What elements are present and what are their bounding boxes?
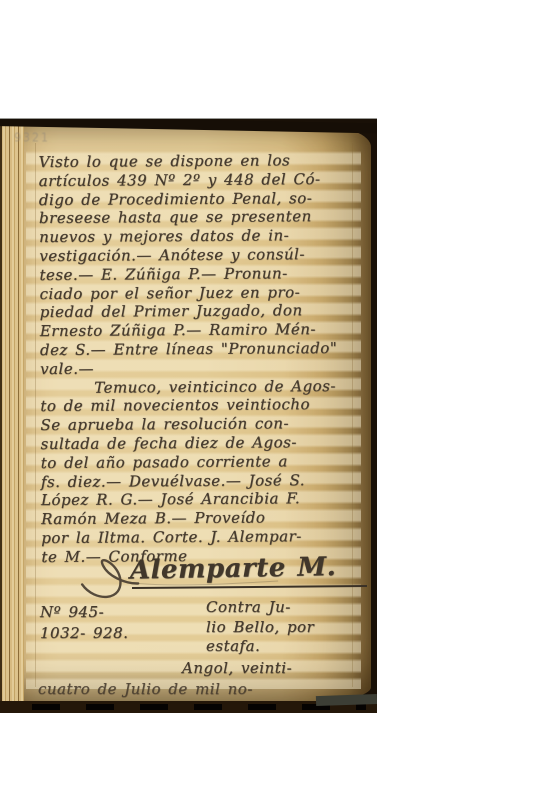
handwritten-line: Ernesto Zúñiga P.— Ramiro Mén- xyxy=(40,320,337,341)
handwritten-line: Visto lo que se dispone en los xyxy=(39,151,336,172)
handwritten-line: nuevos y mejores datos de in- xyxy=(39,226,336,247)
table-edge-sliver xyxy=(316,694,377,706)
right-margin-rule xyxy=(352,143,353,687)
handwritten-line: breseese hasta que se presenten xyxy=(39,207,336,228)
page-edge-leaves xyxy=(0,125,24,703)
left-margin-rule xyxy=(35,143,36,687)
manuscript-page: 9321 Visto lo que se dispone en los artí… xyxy=(0,125,371,703)
signature-name: Alemparte M. xyxy=(130,552,337,586)
resolution-text: Visto lo que se dispone en los artículos… xyxy=(39,151,339,567)
faint-page-number: 9321 xyxy=(14,130,50,145)
handwritten-line: Ramón Meza B.— Proveído xyxy=(41,508,338,529)
handwritten-line: artículos 439 Nº 2º y 448 del Có- xyxy=(39,170,336,191)
case-number-line: 1032- 928. xyxy=(40,623,128,644)
handwritten-line: tese.— E. Zúñiga P.— Pronun- xyxy=(39,264,336,285)
book-scan-photo: 9321 Visto lo que se dispone en los artí… xyxy=(0,118,377,713)
handwritten-line: sultada de fecha diez de Agos- xyxy=(41,433,338,454)
handwritten-line: ciado por el señor Juez en pro- xyxy=(39,283,336,304)
case-number-block: Nº 945- 1032- 928. xyxy=(40,602,128,644)
handwritten-line: vestigación.— Anótese y consúl- xyxy=(39,245,336,266)
case-dateline-start: Angol, veinti- xyxy=(182,659,292,677)
handwritten-line-paragraph-start: Temuco, veinticinco de Agos- xyxy=(40,377,337,398)
case-charge-line: Contra Ju- xyxy=(206,598,314,618)
handwritten-line: to del año pasado corriente a xyxy=(41,452,338,473)
handwritten-line: Se aprueba la resolución con- xyxy=(40,414,337,435)
handwritten-line: digo de Procedimiento Penal, so- xyxy=(39,189,336,210)
case-charge-line: estafa. xyxy=(206,637,314,657)
handwritten-line: vale.— xyxy=(40,358,337,379)
case-number-line: Nº 945- xyxy=(40,602,128,623)
handwritten-line: to de mil novecientos veintiocho xyxy=(40,395,337,416)
case-charge-block: Contra Ju- lio Bello, por estafa. xyxy=(206,598,314,657)
handwritten-line: López R. G.— José Arancibia F. xyxy=(41,489,338,510)
case-dateline-continued: cuatro de Julio de mil no- xyxy=(38,680,253,698)
handwritten-line: piedad del Primer Juzgado, don xyxy=(40,301,337,322)
handwritten-line: dez S.— Entre líneas "Pronunciado" xyxy=(40,339,337,360)
case-charge-line: lio Bello, por xyxy=(206,618,314,638)
handwritten-line: fs. diez.— Devuélvase.— José S. xyxy=(41,471,338,492)
